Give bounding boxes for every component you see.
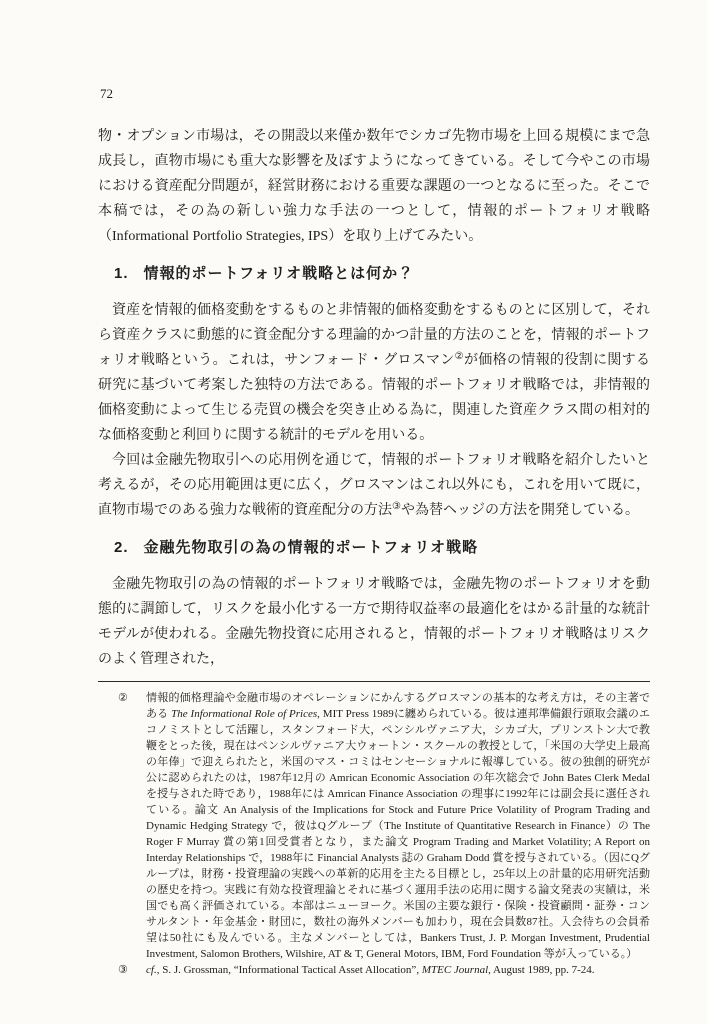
footnote-2: ② 情報的価格理論や金融市場のオペレーションにかんするグロスマンの基本的な考え方…: [118, 690, 650, 962]
document-page: 72 物・オプション市場は，その開設以来僅か数年でシカゴ先物市場を上回る規模にま…: [0, 0, 707, 1024]
article-body: 物・オプション市場は，その開設以来僅か数年でシカゴ先物市場を上回る規模にまで急成…: [98, 124, 650, 672]
section-2-heading: 2. 金融先物取引の為の情報的ポートフォリオ戦略: [114, 538, 650, 558]
footnote-3: ③ cf., S. J. Grossman, “Informational Ta…: [118, 962, 650, 978]
section-1-paragraph-1: 資産を情報的価格変動をするものと非情報的価格変動をするものとに区別して，それら資…: [98, 298, 650, 448]
section-1-heading: 1. 情報的ポートフォリオ戦略とは何か？: [114, 264, 650, 284]
page-number: 72: [100, 86, 650, 102]
section-1-number: 1.: [114, 264, 129, 284]
footnotes-block: ② 情報的価格理論や金融市場のオペレーションにかんするグロスマンの基本的な考え方…: [118, 690, 650, 978]
section-1-paragraph-2: 今回は金融先物取引への応用例を通じて，情報的ポートフォリオ戦略を紹介したいと考え…: [98, 448, 650, 523]
intro-paragraph: 物・オプション市場は，その開設以来僅か数年でシカゴ先物市場を上回る規模にまで急成…: [98, 124, 650, 249]
footnote-2-text: 情報的価格理論や金融市場のオペレーションにかんするグロスマンの基本的な考え方は，…: [146, 690, 650, 962]
section-1-title: 情報的ポートフォリオ戦略とは何か？: [144, 264, 415, 284]
footnote-3-text: cf., S. J. Grossman, “Informational Tact…: [146, 962, 650, 978]
section-2-number: 2.: [114, 538, 129, 558]
footnote-2-marker: ②: [118, 690, 146, 962]
section-2-paragraph-1: 金融先物取引の為の情報的ポートフォリオ戦略では，金融先物のポートフォリオを動態的…: [98, 572, 650, 672]
footnote-separator: [98, 681, 650, 682]
footnote-3-marker: ③: [118, 962, 146, 978]
section-2-title: 金融先物取引の為の情報的ポートフォリオ戦略: [144, 538, 479, 558]
